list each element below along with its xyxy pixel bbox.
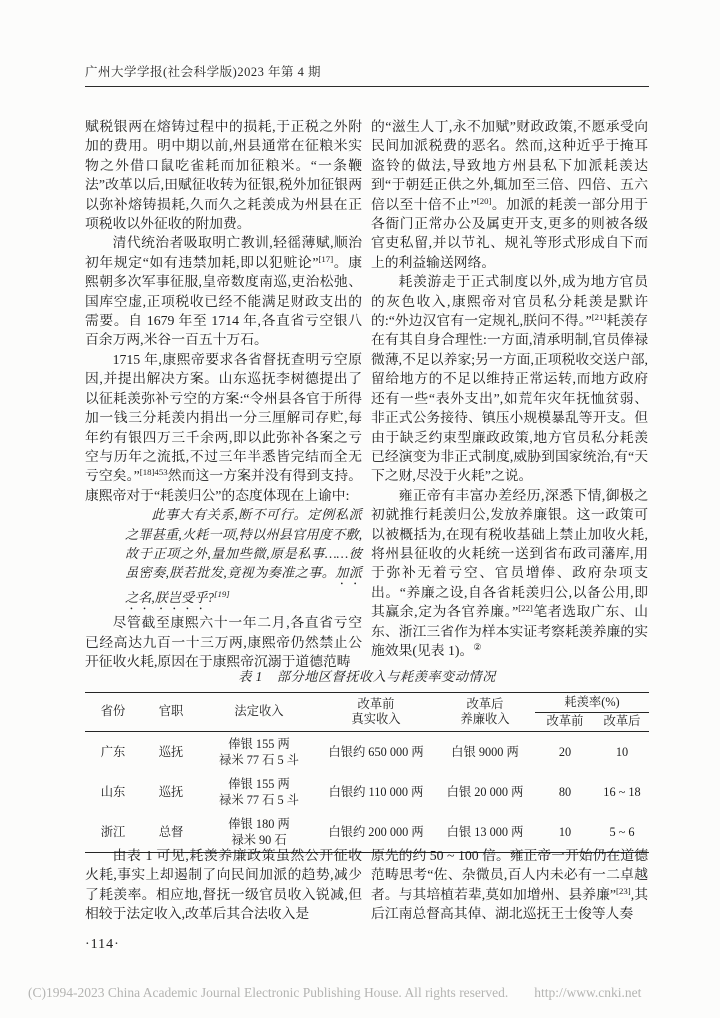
cell-post: 巡抚 — [141, 772, 201, 812]
col-header-rate-after: 改革后 — [595, 712, 649, 732]
col-header-post: 官职 — [141, 693, 201, 732]
main-text-area: 赋税银两在熔铸过程中的损耗,于正税之外附加的费用。明中期以前,州县通常在征粮米实… — [85, 117, 648, 672]
cell-legal-income: 俸银 155 两 禄米 77 石 5 斗 — [201, 732, 317, 773]
reference-superscript: [17] — [318, 254, 333, 264]
page-footer: (C)1994-2023 China Academic Journal Elec… — [28, 985, 698, 1001]
paragraph: 尽管截至康熙六十一年二月,各直省亏空已经高达九百一十三万两,康熙帝仍然禁止公开征… — [85, 613, 362, 671]
left-column: 赋税银两在熔铸过程中的损耗,于正税之外附加的费用。明中期以前,州县通常在征粮米实… — [85, 117, 362, 672]
paragraph: 的“滋生人丁,永不加赋”财政政策,不愿承受向民间加派税费的恶名。然而,这种近乎于… — [371, 117, 648, 272]
cell-pre-reform: 白银约 650 000 两 — [317, 732, 435, 773]
cell-legal-income: 俸银 155 两 禄米 77 石 5 斗 — [201, 772, 317, 812]
col-header-post-reform: 改革后 养廉收入 — [435, 693, 535, 732]
col-header-rate-group: 耗羡率(%) — [535, 693, 649, 713]
table-title: 表 1部分地区督抚收入与耗羡率变动情况 — [85, 666, 649, 685]
cell-province: 山东 — [85, 772, 141, 812]
table-row: 山东 巡抚 俸银 155 两 禄米 77 石 5 斗 白银约 110 000 两… — [85, 772, 649, 812]
below-table-text-area: 由表 1 可见,耗羡养廉政策虽然公开征收火耗,事实上却遏制了向民间加派的趋势,减… — [85, 846, 648, 953]
reference-superscript: [21] — [592, 312, 607, 322]
right-column-bottom: 原先的约 50 ~ 100 倍。雍正帝一开始仍在道德范畴思考“佐、杂微员,百人内… — [371, 846, 648, 953]
left-column-bottom: 由表 1 可见,耗羡养廉政策虽然公开征收火耗,事实上却遏制了向民间加派的趋势,减… — [85, 846, 362, 953]
table-row: 广东 巡抚 俸银 155 两 禄米 77 石 5 斗 白银约 650 000 两… — [85, 732, 649, 773]
cell-pre-reform: 白银约 110 000 两 — [317, 772, 435, 812]
table-caption: 部分地区督抚收入与耗羡率变动情况 — [277, 669, 496, 684]
journal-header: 广州大学学报(社会科学版)2023 年第 4 期 — [85, 62, 648, 80]
reference-superscript: [18]453 — [140, 467, 168, 477]
col-header-legal-income: 法定收入 — [201, 693, 317, 732]
header-rule — [85, 86, 649, 87]
table-block: 表 1部分地区督抚收入与耗羡率变动情况 省份 官职 法定收入 改革前 真实收入 … — [85, 666, 649, 853]
paragraph: 清代统治者吸取明亡教训,轻徭薄赋,顺治初年规定“如有违禁加耗,即以犯赃论”[17… — [85, 233, 362, 349]
cell-rate-after: 10 — [595, 732, 649, 773]
cnki-url: http://www.cnki.net — [534, 985, 641, 1001]
imperial-edict-quote: 此事大有关系,断不可行。定例私派之罪甚重,火耗一项,特以州县官用度不敷,故于正项… — [125, 505, 362, 613]
col-header-rate-before: 改革前 — [535, 712, 595, 732]
table-label: 表 1 — [238, 669, 263, 684]
cell-post: 巡抚 — [141, 732, 201, 773]
cell-post-reform: 白银 20 000 两 — [435, 772, 535, 812]
table-1: 省份 官职 法定收入 改革前 真实收入 改革后 养廉收入 耗羡率(%) 改革前 … — [85, 692, 649, 853]
reference-superscript: [19] — [214, 589, 230, 599]
cell-rate-after: 16 ~ 18 — [595, 772, 649, 812]
copyright-notice: (C)1994-2023 China Academic Journal Elec… — [28, 985, 508, 1001]
cell-post-reform: 白银 9000 两 — [435, 732, 535, 773]
paragraph: 耗羡游走于正式制度以外,成为地方官员的灰色收入,康熙帝对官员私分耗羡是默许的:“… — [371, 272, 648, 485]
cell-province: 广东 — [85, 732, 141, 773]
paragraph: 雍正帝有丰富办差经历,深悉下情,御极之初就推行耗羡归公,发放养廉银。这一政策可以… — [371, 486, 648, 661]
page-number: ·114· — [85, 937, 362, 953]
right-column: 的“滋生人丁,永不加赋”财政政策,不愿承受向民间加派税费的恶名。然而,这种近乎于… — [371, 117, 648, 672]
reference-superscript: [22] — [518, 603, 533, 613]
reference-superscript: [23] — [616, 886, 631, 896]
cell-rate-before: 80 — [535, 772, 595, 812]
paragraph: 原先的约 50 ~ 100 倍。雍正帝一开始仍在道德范畴思考“佐、杂微员,百人内… — [371, 846, 648, 924]
reference-superscript: [20] — [477, 196, 492, 206]
paragraph: 由表 1 可见,耗羡养廉政策虽然公开征收火耗,事实上却遏制了向民间加派的趋势,减… — [85, 846, 362, 924]
col-header-pre-reform: 改革前 真实收入 — [317, 693, 435, 732]
paragraph: 1715 年,康熙帝要求各省督抚查明亏空原因,并提出解决方案。山东巡抚李树德提出… — [85, 350, 362, 505]
cell-rate-before: 20 — [535, 732, 595, 773]
journal-page: 广州大学学报(社会科学版)2023 年第 4 期 赋税银两在熔铸过程中的损耗,于… — [0, 0, 720, 1018]
col-header-province: 省份 — [85, 693, 141, 732]
reference-superscript: ② — [473, 642, 481, 652]
paragraph: 赋税银两在熔铸过程中的损耗,于正税之外附加的费用。明中期以前,州县通常在征粮米实… — [85, 117, 362, 233]
